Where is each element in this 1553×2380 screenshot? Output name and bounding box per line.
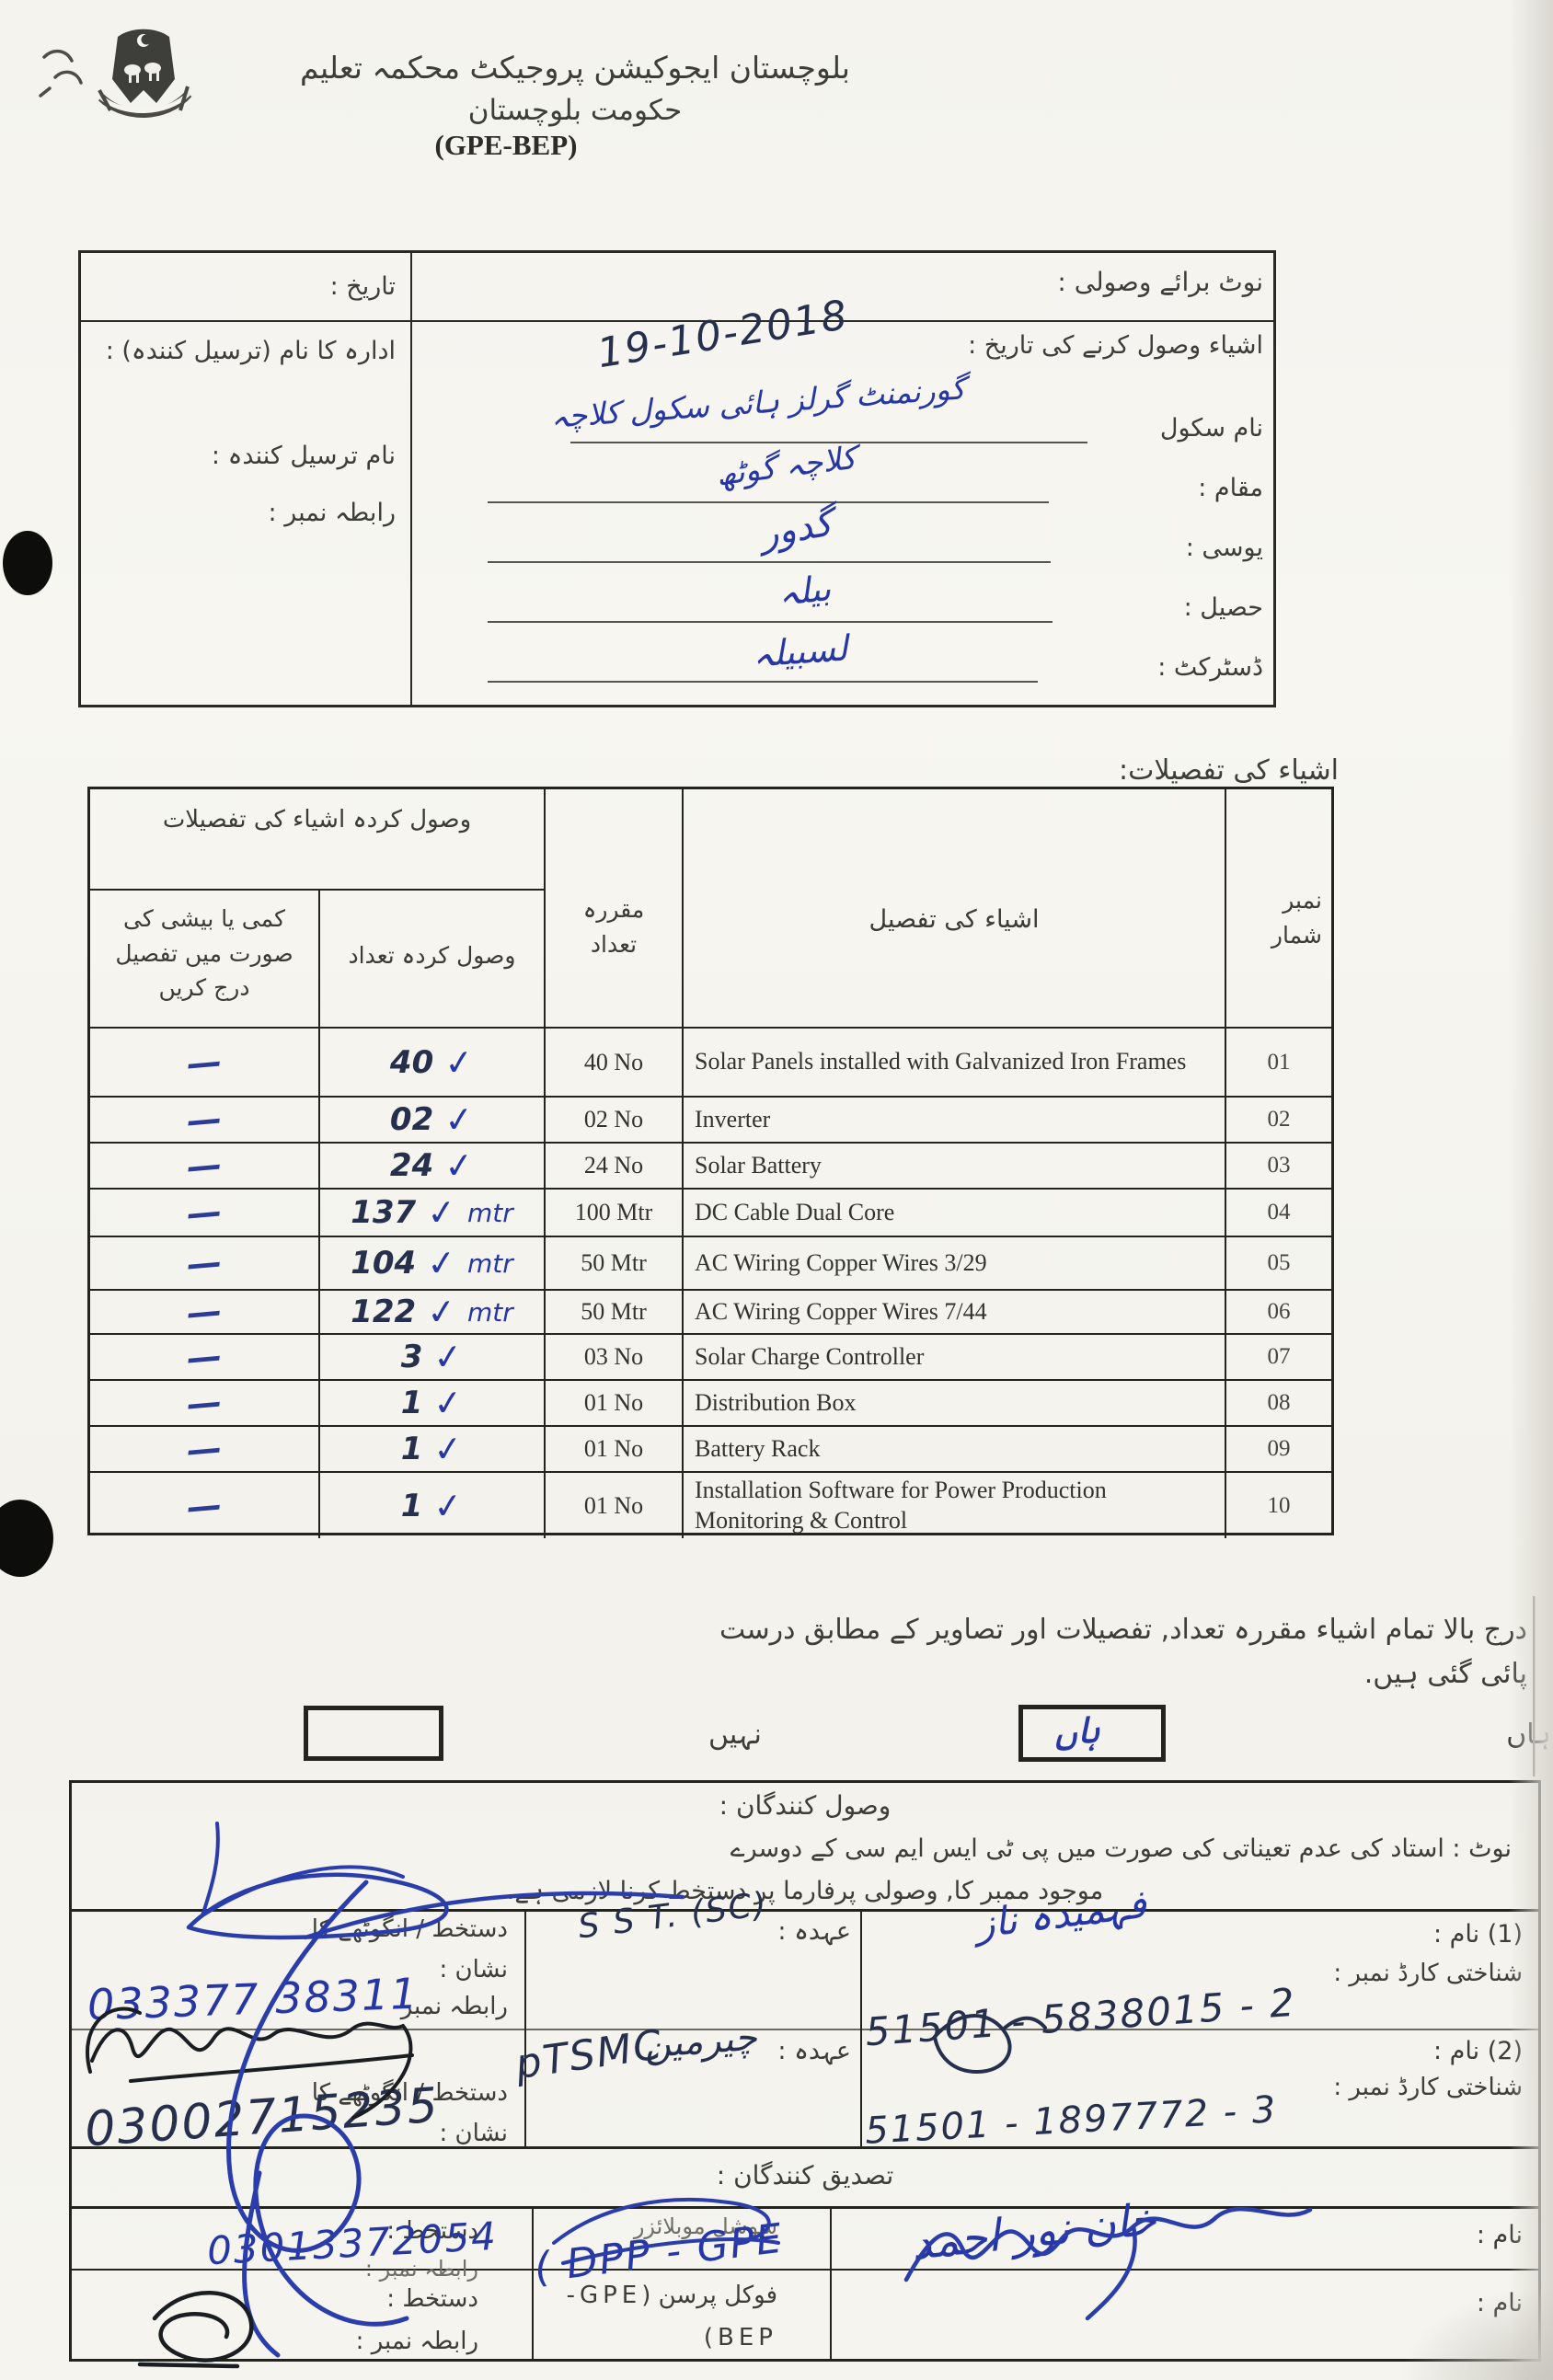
serial-number-cell: 05 [1226, 1237, 1331, 1289]
shortfall-dash-handwritten: — [185, 1290, 224, 1333]
item-description-cell: Solar Panels installed with Galvanized I… [684, 1029, 1226, 1096]
date-label: تاریخ : [330, 270, 396, 304]
recipient2-cnic-label: شناختی کارڈ نمبر : [1333, 2072, 1523, 2104]
fixed-qty-cell: 50 Mtr [546, 1291, 684, 1333]
recipient2-sign-label-2: نشان : [440, 2118, 508, 2150]
received-qty-cell: 1✓ [320, 1473, 546, 1538]
serial-number-cell: 04 [1226, 1190, 1331, 1236]
received-qty-cell: 122✓mtr [320, 1291, 546, 1333]
receive-date-label: اشیاء وصول کرنے کی تاریخ : [968, 329, 1263, 362]
fixed-qty-cell: 100 Mtr [546, 1190, 684, 1236]
signatories-box [69, 1780, 1541, 2362]
shortfall-cell: — [90, 1098, 320, 1142]
received-qty-handwritten: 3 [401, 1339, 423, 1375]
item-description-cell: Distribution Box [684, 1381, 1226, 1425]
fixed-qty-cell: 50 Mtr [546, 1237, 684, 1289]
serial-number-cell: 08 [1226, 1381, 1331, 1425]
items-table-header: وصول کردہ اشیاء کی تفصیلات کمی یا بیشی ک… [90, 789, 1331, 1029]
items-table-row: — 24✓ 24 No Solar Battery 03 [90, 1144, 1331, 1190]
checkmark-icon: ✓ [443, 1144, 476, 1187]
received-qty-cell: 1✓ [320, 1381, 546, 1425]
shortfall-dash-handwritten: — [185, 1484, 224, 1527]
received-qty-handwritten: 1 [401, 1488, 423, 1524]
handwritten-value: ہاں [1053, 1707, 1100, 1753]
items-table-body: — 40✓ 40 No Solar Panels installed with … [90, 1029, 1331, 1538]
items-table-row: — 122✓mtr 50 Mtr AC Wiring Copper Wires … [90, 1291, 1331, 1335]
no-checkbox[interactable] [304, 1706, 443, 1761]
received-qty-handwritten: 1 [401, 1385, 423, 1421]
uc-field-line [488, 561, 1051, 563]
checkmark-icon: ✓ [425, 1290, 458, 1333]
serial-number-cell: 06 [1226, 1291, 1331, 1333]
fixed-qty-cell: 40 No [546, 1029, 684, 1096]
item-description-cell: Installation Software for Power Producti… [684, 1473, 1226, 1538]
recipient2-designation-label: عہدہ : [777, 2035, 851, 2068]
received-qty-handwritten: 40 [390, 1044, 433, 1081]
items-table-row: — 40✓ 40 No Solar Panels installed with … [90, 1029, 1331, 1098]
recipients-row-divider [72, 2029, 1538, 2030]
handwritten-value: بیلہ [776, 568, 833, 614]
agency-name-label: ادارہ کا نام (ترسیل کنندہ) : [92, 331, 396, 371]
items-section-heading: اشیاء کی تفصیلات: [1119, 753, 1339, 790]
confirmation-line1: درج بالا تمام اشیاء مقررہ تعداد, تفصیلات… [719, 1612, 1527, 1650]
items-table-row: — 1✓ 01 No Battery Rack 09 [90, 1427, 1331, 1473]
checkmark-icon: ✓ [431, 1427, 465, 1470]
shortfall-cell: — [90, 1144, 320, 1188]
checkmark-icon: ✓ [431, 1484, 465, 1527]
recipient1-name-label: (1) نام : [1433, 1918, 1523, 1951]
items-table-row: — 02✓ 02 No Inverter 02 [90, 1098, 1331, 1144]
received-qty-cell: 1✓ [320, 1427, 546, 1471]
items-table: وصول کردہ اشیاء کی تفصیلات کمی یا بیشی ک… [87, 787, 1334, 1535]
fixed-qty-cell: 01 No [546, 1427, 684, 1471]
received-qty-handwritten: 1 [401, 1431, 423, 1467]
items-table-row: — 1✓ 01 No Installation Software for Pow… [90, 1473, 1331, 1538]
recipients-vdiv-1 [524, 1909, 526, 2146]
verifier2-sign-label: دستخط : [386, 2283, 478, 2316]
received-qty-cell: 3✓ [320, 1335, 546, 1379]
verifier2-name-label: نام : [1477, 2287, 1523, 2320]
received-col-header: وصول کردہ تعداد [320, 891, 546, 1029]
received-unit-handwritten: mtr [467, 1198, 513, 1228]
sender-name-label: نام ترسیل کنندہ : [212, 440, 396, 473]
recipients-vdiv-2 [860, 1909, 862, 2146]
items-table-row: — 104✓mtr 50 Mtr AC Wiring Copper Wires … [90, 1237, 1331, 1291]
verifiers-heading: تصدیق کنندگان : [69, 2158, 1541, 2193]
shortfall-cell: — [90, 1190, 320, 1236]
verifiers-band-top [69, 2146, 1541, 2149]
serial-col-header: نمبر شمار [1226, 789, 1331, 1029]
union-council-label: یوسی : [1186, 532, 1263, 565]
serial-number-cell: 01 [1226, 1029, 1331, 1096]
handwritten-value: لسبیلہ [752, 627, 849, 674]
tehsil-label: حصیل : [1184, 592, 1263, 625]
items-table-row: — 1✓ 01 No Distribution Box 08 [90, 1381, 1331, 1427]
recipients-note-line2: موجود ممبر کا, وصولی پرفارما پر دستخط کر… [69, 1875, 1541, 1908]
shortfall-cell: — [90, 1029, 320, 1096]
verifier1-name-label: نام : [1477, 2219, 1523, 2252]
recipient2-name-label: (2) نام : [1433, 2035, 1523, 2068]
serial-number-cell: 02 [1226, 1098, 1331, 1142]
shortfall-dash-handwritten: — [185, 1144, 224, 1187]
fixed-qty-cell: 01 No [546, 1381, 684, 1425]
yes-label: ہاں [1506, 1717, 1551, 1754]
received-qty-cell: 137✓mtr [320, 1190, 546, 1236]
checkmark-icon: ✓ [425, 1241, 458, 1284]
checkmark-icon: ✓ [443, 1041, 476, 1084]
verifiers-vdiv-1 [532, 2206, 534, 2359]
fixed-qty-col-header: مقررہ تعداد [546, 789, 684, 1029]
received-unit-handwritten: mtr [467, 1248, 513, 1279]
hole-punch-top [3, 531, 52, 595]
verifiers-band-bottom [69, 2206, 1541, 2209]
received-qty-handwritten: 137 [351, 1194, 416, 1231]
fixed-qty-cell: 02 No [546, 1098, 684, 1142]
confirmation-line2: پائی گئی ہیں. [1364, 1656, 1527, 1694]
balochistan-emblem-logo [92, 26, 198, 129]
serial-number-cell: 09 [1226, 1427, 1331, 1471]
school-name-label: نام سکول [1160, 412, 1263, 445]
items-table-row: — 3✓ 03 No Solar Charge Controller 07 [90, 1335, 1331, 1381]
items-table-row: — 137✓mtr 100 Mtr DC Cable Dual Core 04 [90, 1190, 1331, 1237]
hole-punch-bottom [0, 1500, 53, 1577]
shortfall-cell: — [90, 1473, 320, 1538]
org-acronym: (GPE-BEP) [276, 129, 736, 162]
received-qty-cell: 24✓ [320, 1144, 546, 1188]
checkmark-icon: ✓ [443, 1098, 476, 1141]
scanned-receipt-form: بلوچستان ایجوکیشن پروجیکٹ محکمہ تعلیم حک… [0, 0, 1553, 2380]
recipient1-sign-label-2: نشان : [440, 1954, 508, 1986]
received-unit-handwritten: mtr [467, 1297, 513, 1328]
recipients-note-line1: نوٹ : استاد کی عدم تعیناتی کی صورت میں پ… [730, 1833, 1512, 1866]
shortfall-dash-handwritten: — [185, 1190, 224, 1234]
shortfall-dash-handwritten: — [185, 1381, 224, 1424]
received-qty-cell: 40✓ [320, 1029, 546, 1096]
serial-number-cell: 03 [1226, 1144, 1331, 1188]
item-description-cell: AC Wiring Copper Wires 7/44 [684, 1291, 1226, 1333]
item-description-cell: AC Wiring Copper Wires 3/29 [684, 1237, 1226, 1289]
shortfall-dash-handwritten: — [185, 1427, 224, 1470]
checkmark-icon: ✓ [425, 1190, 458, 1234]
recipients-top-divider [69, 1909, 1541, 1912]
tehsil-field-line [488, 621, 1053, 623]
serial-number-cell: 10 [1226, 1473, 1331, 1538]
received-qty-handwritten: 104 [351, 1245, 416, 1282]
no-label: نہیں [708, 1717, 762, 1754]
checkmark-icon: ✓ [431, 1381, 465, 1424]
received-qty-handwritten: 24 [390, 1147, 433, 1184]
place-field-line [488, 501, 1049, 503]
item-description-cell: Inverter [684, 1098, 1226, 1142]
item-description-cell: Solar Charge Controller [684, 1335, 1226, 1379]
fixed-qty-cell: 24 No [546, 1144, 684, 1188]
shortfall-cell: — [90, 1335, 320, 1379]
serial-number-cell: 07 [1226, 1335, 1331, 1379]
shortfall-dash-handwritten: — [185, 1098, 224, 1141]
org-title-line2: حکومت بلوچستان [221, 92, 929, 131]
shortfall-col-header: کمی یا بیشی کی صورت میں تفصیل درج کریں [90, 891, 320, 1029]
shortfall-dash-handwritten: — [185, 1041, 224, 1084]
shortfall-dash-handwritten: — [185, 1335, 224, 1378]
received-group-header: وصول کردہ اشیاء کی تفصیلات [90, 789, 546, 891]
org-title-line1: بلوچستان ایجوکیشن پروجیکٹ محکمہ تعلیم [221, 48, 929, 89]
shortfall-cell: — [90, 1291, 320, 1333]
verifier2-contact-label: رابطہ نمبر : [356, 2326, 478, 2358]
shortfall-cell: — [90, 1381, 320, 1425]
received-qty-handwritten: 122 [351, 1293, 416, 1330]
received-qty-cell: 104✓mtr [320, 1237, 546, 1289]
verifiers-vdiv-2 [830, 2206, 832, 2359]
shortfall-cell: — [90, 1427, 320, 1471]
recipient1-designation-label: عہدہ : [777, 1915, 851, 1949]
verifier2-role-label-2: BEP) [704, 2322, 777, 2354]
item-desc-col-header: اشیاء کی تفصیل [684, 789, 1226, 1029]
place-label: مقام : [1198, 472, 1263, 505]
recipient1-sign-label-1: دستخط / انگوٹھے کا [312, 1914, 508, 1946]
district-field-line [488, 681, 1038, 683]
scan-mark [40, 52, 81, 96]
checkmark-icon: ✓ [431, 1335, 465, 1378]
received-qty-handwritten: 02 [390, 1101, 433, 1138]
fixed-qty-cell: 03 No [546, 1335, 684, 1379]
item-description-cell: Solar Battery [684, 1144, 1226, 1188]
shortfall-dash-handwritten: — [185, 1241, 224, 1284]
contact-number-label: رابطہ نمبر : [269, 497, 396, 530]
recipients-heading: وصول کنندگان : [69, 1788, 1541, 1823]
fixed-qty-cell: 01 No [546, 1473, 684, 1538]
item-description-cell: DC Cable Dual Core [684, 1190, 1226, 1236]
shortfall-cell: — [90, 1237, 320, 1289]
district-label: ڈسٹرکٹ : [1157, 651, 1263, 684]
item-description-cell: Battery Rack [684, 1427, 1226, 1471]
recipient1-cnic-label: شناختی کارڈ نمبر : [1333, 1958, 1523, 1990]
receipt-note-label: نوٹ برائے وصولی : [1057, 265, 1263, 300]
received-qty-cell: 02✓ [320, 1098, 546, 1142]
